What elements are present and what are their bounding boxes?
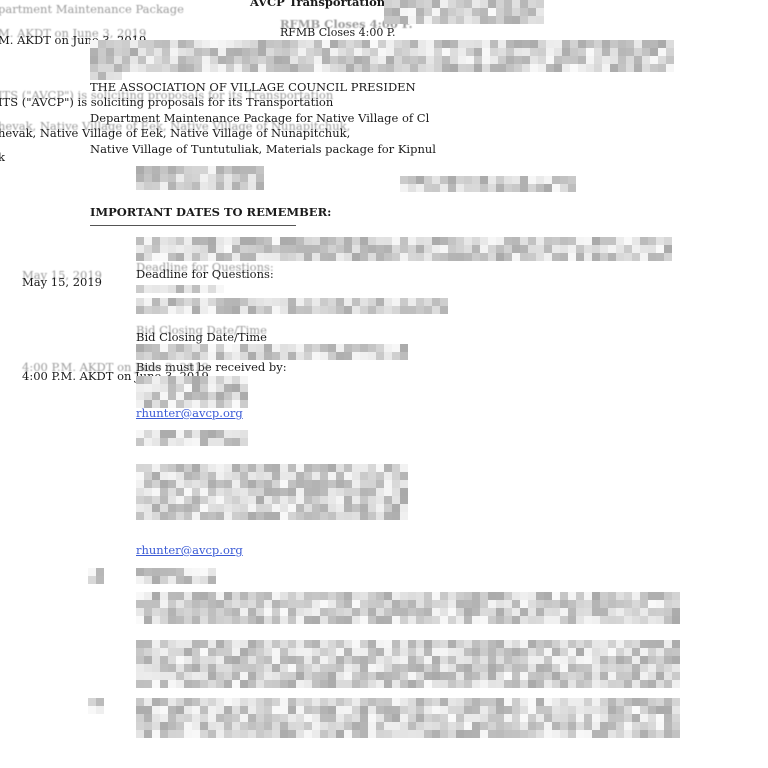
heading-underline — [90, 225, 296, 226]
redacted-block — [400, 176, 576, 192]
intro-left-fragment: ITS ("AVCP") is soliciting proposals for… — [0, 95, 333, 109]
redacted-block — [136, 166, 264, 190]
intro-left-fragment-3: k — [0, 150, 5, 164]
redacted-block — [136, 640, 680, 688]
closing-label: Bid Closing Date/Time — [136, 330, 267, 344]
redacted-block — [136, 698, 680, 738]
intro-left-fragment-2: hevak, Native Village of Eek, Native Vil… — [0, 126, 350, 140]
redacted-block — [136, 430, 248, 446]
redacted-block — [88, 698, 104, 714]
rfmb-closes: RFMB Closes 4:00 P. — [280, 26, 395, 40]
questions-date: May 15, 2019 — [22, 275, 102, 289]
redacted-block — [136, 376, 248, 408]
redacted-block — [384, 0, 544, 24]
contact-email-link-2[interactable]: rhunter@avcp.org — [136, 543, 243, 557]
redacted-block — [136, 464, 408, 520]
questions-label: Deadline for Questions: — [136, 267, 274, 281]
redacted-block — [136, 568, 216, 584]
redacted-block — [90, 40, 680, 80]
redacted-block — [88, 568, 104, 584]
redacted-block — [136, 344, 408, 360]
redacted-block — [136, 237, 672, 261]
intro-line-2: Native Village of Tuntutuliak, Materials… — [90, 142, 436, 156]
redacted-block — [136, 592, 680, 624]
redacted-block — [136, 285, 224, 293]
header-left-fragment: partment Maintenance Package — [0, 2, 184, 16]
contact-email-link[interactable]: rhunter@avcp.org — [136, 406, 243, 420]
important-dates-heading: IMPORTANT DATES TO REMEMBER: — [90, 205, 331, 219]
redacted-block — [136, 298, 448, 314]
